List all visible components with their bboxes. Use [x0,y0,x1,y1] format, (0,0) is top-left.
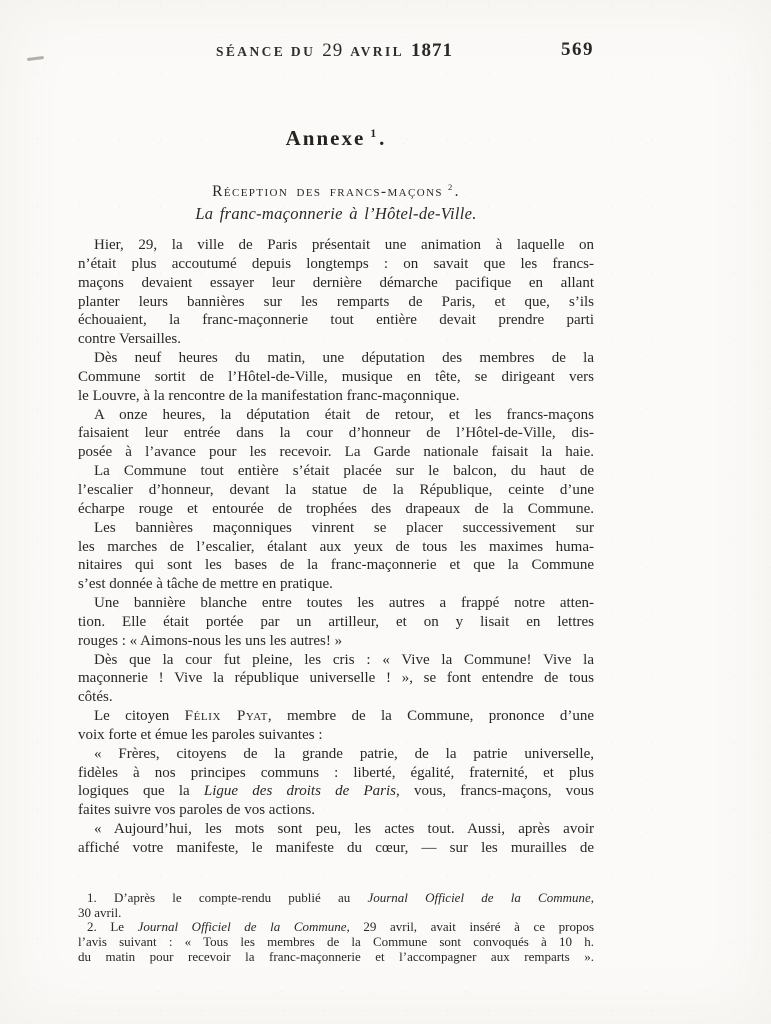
plain-text: échouaient, la franc-maçonnerie tout ent… [78,312,594,328]
plain-text: contre Versailles. [78,331,181,347]
plain-text: , [591,890,594,905]
annexe-title: Annexe1. [78,126,594,151]
plain-text: 2. Le [87,919,138,934]
plain-text: Commune sortit de l’Hôtel-de-Ville, musi… [78,369,594,385]
plain-text: écharpe rouge et entourée de trophées de… [78,501,594,517]
plain-text: 30 avril. [78,905,121,920]
running-header: SÉANCE DU 29 AVRIL 1871 569 [78,40,594,64]
text-line: l’escalier d’honneur, devant la statue d… [78,481,594,500]
plain-text: tion. Elle était portée par un artilleur… [78,614,594,630]
plain-text: le Louvre, à la rencontre de la manifest… [78,388,460,404]
text-line: Les bannières maçonniques vinrent se pla… [78,519,594,538]
text-line: maçons devaient essayer leur dernière dé… [78,274,594,293]
section-heading-text: Réception des francs-maçons [212,183,443,200]
plain-text: Dès que la cour fut pleine, les cris : «… [94,652,594,668]
plain-text: n’était plus accoutumé depuis longtemps … [78,256,594,272]
text-line: logiques que la Ligue des droits de Pari… [78,782,594,801]
text-line: Hier, 29, la ville de Paris présentait u… [78,236,594,255]
text-line: « Frères, citoyens de la grande patrie, … [78,745,594,764]
text-line: A onze heures, la députation était de re… [78,406,594,425]
text-line: affiché votre manifeste, le manifeste du… [78,839,594,858]
text-line: posée à l’avance pour les recevoir. La G… [78,443,594,462]
text-line: 30 avril. [78,906,594,921]
section-heading-suffix: . [455,183,460,200]
plain-text: posée à l’avance pour les recevoir. La G… [78,444,594,460]
plain-text: l’avis suivant : « Tous les membres de l… [78,934,594,949]
plain-text: faites suivre vos paroles de vos actions… [78,802,315,818]
text-line: tion. Elle était portée par un artilleur… [78,613,594,632]
text-line: 1. D’après le compte-rendu publié au Jou… [78,891,594,906]
text-line: Le citoyen Félix Pyat, membre de la Comm… [78,707,594,726]
plain-text: Le citoyen [94,708,185,724]
paragraph: Hier, 29, la ville de Paris présentait u… [78,236,594,349]
plain-text: côtés. [78,689,113,705]
plain-text: Dès neuf heures du matin, une députation… [94,350,594,366]
plain-text: , membre de la Commune, prononce d’une [268,708,594,724]
text-line: « Aujourd’hui, les mots sont peu, les ac… [78,820,594,839]
text-line: nitaires qui sont les bases de la franc-… [78,556,594,575]
plain-text: fidèles à nos principes communs : libert… [78,765,594,781]
plain-text: nitaires qui sont les bases de la franc-… [78,557,594,573]
text-line: La Commune tout entière s’était placée s… [78,462,594,481]
plain-text: Hier, 29, la ville de Paris présentait u… [94,237,594,253]
text-line: écharpe rouge et entourée de trophées de… [78,500,594,519]
text-line: côtés. [78,688,594,707]
subtitle-italic: La franc-maçonnerie à l’Hôtel-de-Ville. [78,204,594,224]
plain-text: La Commune tout entière s’était placée s… [94,463,594,479]
text-line: voix forte et émue les paroles suivantes… [78,726,594,745]
paragraph: La Commune tout entière s’était placée s… [78,462,594,519]
plain-text: faisaient leur entrée dans la cour d’hon… [78,425,594,441]
page-number: 569 [561,39,594,61]
body-text: Hier, 29, la ville de Paris présentait u… [78,236,594,858]
session-year: 1871 [408,40,456,61]
paragraph: Dès que la cour fut pleine, les cris : «… [78,651,594,708]
italic-text: Journal Officiel de la Commune [367,890,590,905]
annexe-footnote-ref: 1 [370,128,378,140]
plain-text: Une bannière blanche entre toutes les au… [94,595,594,611]
annexe-title-suffix: . [379,126,386,150]
plain-text: planter leurs bannières sur les remparts… [78,294,594,310]
plain-text: , 29 avril, avait inséré à ce propos [347,919,594,934]
text-line: du matin pour recevoir la franc-maçonner… [78,950,594,965]
plain-text: les marches de l’escalier, étalant aux y… [78,539,594,555]
footnote: 1. D’après le compte-rendu publié au Jou… [78,891,594,920]
plain-text: « Aujourd’hui, les mots sont peu, les ac… [94,821,594,837]
plain-text: logiques que la [78,783,204,799]
plain-text: maçons devaient essayer leur dernière dé… [78,275,594,291]
plain-text: Les bannières maçonniques vinrent se pla… [94,520,594,536]
scanned-book-page: SÉANCE DU 29 AVRIL 1871 569 Annexe1. Réc… [0,0,771,1024]
text-line: n’était plus accoutumé depuis longtemps … [78,255,594,274]
plain-text: voix forte et émue les paroles suivantes… [78,727,323,743]
text-line: contre Versailles. [78,330,594,349]
section-heading: Réception des francs-maçons2. [78,182,594,201]
session-label: SÉANCE DU [216,44,315,59]
footnotes: 1. D’après le compte-rendu publié au Jou… [78,891,594,965]
text-line: l’avis suivant : « Tous les membres de l… [78,935,594,950]
paragraph: Le citoyen Félix Pyat, membre de la Comm… [78,707,594,745]
smallcaps-text: Félix Pyat [185,708,268,724]
plain-text: l’escalier d’honneur, devant la statue d… [78,482,594,498]
italic-text: Journal Officiel de la Commune [138,919,347,934]
text-line: le Louvre, à la rencontre de la manifest… [78,387,594,406]
plain-text: s’est donnée à tâche de mettre en pratiq… [78,576,333,592]
plain-text: rouges : « Aimons-nous les uns les autre… [78,633,342,649]
plain-text: affiché votre manifeste, le manifeste du… [78,840,594,856]
scan-artifact [27,56,44,61]
session-month: AVRIL [350,44,404,59]
text-line: Dès que la cour fut pleine, les cris : «… [78,651,594,670]
footnote: 2. Le Journal Officiel de la Commune, 29… [78,920,594,964]
text-line: faites suivre vos paroles de vos actions… [78,801,594,820]
paragraph: « Aujourd’hui, les mots sont peu, les ac… [78,820,594,858]
text-line: Une bannière blanche entre toutes les au… [78,594,594,613]
plain-text: , vous, francs-maçons, vous [396,783,594,799]
section-footnote-ref: 2 [448,182,454,192]
text-line: échouaient, la franc-maçonnerie tout ent… [78,311,594,330]
plain-text: du matin pour recevoir la franc-maçonner… [78,949,594,964]
text-line: Dès neuf heures du matin, une députation… [78,349,594,368]
text-line: Commune sortit de l’Hôtel-de-Ville, musi… [78,368,594,387]
plain-text: maçonnerie ! Vive la république universe… [78,670,594,686]
text-line: planter leurs bannières sur les remparts… [78,293,594,312]
paragraph: « Frères, citoyens de la grande patrie, … [78,745,594,820]
italic-text: Ligue des droits de Paris [204,783,396,799]
text-line: les marches de l’escalier, étalant aux y… [78,538,594,557]
text-line: rouges : « Aimons-nous les uns les autre… [78,632,594,651]
text-line: s’est donnée à tâche de mettre en pratiq… [78,575,594,594]
plain-text: A onze heures, la députation était de re… [94,407,594,423]
text-line: faisaient leur entrée dans la cour d’hon… [78,424,594,443]
plain-text: « Frères, citoyens de la grande patrie, … [94,746,594,762]
annexe-title-text: Annexe [286,126,366,150]
paragraph: Les bannières maçonniques vinrent se pla… [78,519,594,594]
session-day: 29 [319,40,346,61]
text-line: 2. Le Journal Officiel de la Commune, 29… [78,920,594,935]
paragraph: Dès neuf heures du matin, une députation… [78,349,594,406]
plain-text: 1. D’après le compte-rendu publié au [87,890,367,905]
text-line: maçonnerie ! Vive la république universe… [78,669,594,688]
text-line: fidèles à nos principes communs : libert… [78,764,594,783]
paragraph: A onze heures, la députation était de re… [78,406,594,463]
paragraph: Une bannière blanche entre toutes les au… [78,594,594,651]
running-header-title: SÉANCE DU 29 AVRIL 1871 [78,40,594,62]
